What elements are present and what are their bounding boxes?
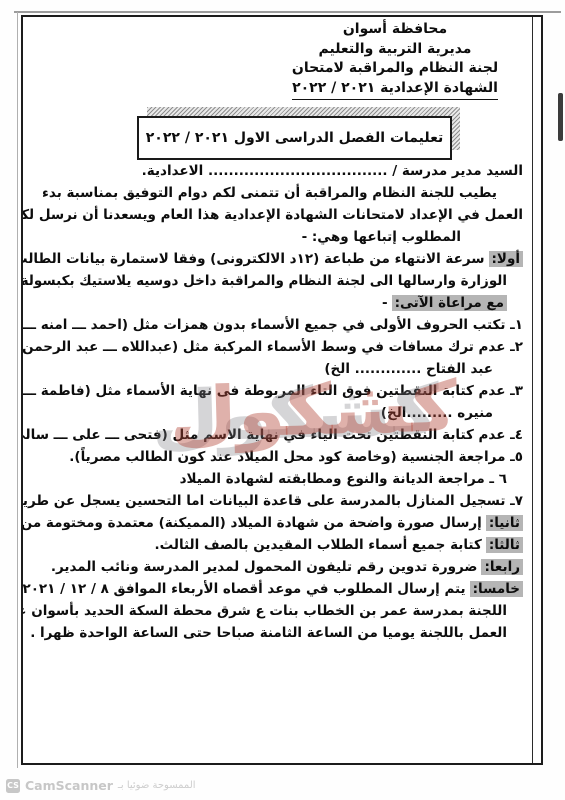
- letterhead-committee: لجنة النظام والمراقبة لامتحان: [275, 59, 515, 79]
- letterhead: محافظة أسوان مديرية التربية والتعليم لجن…: [275, 20, 515, 100]
- document-body: السيد مدير مدرسة / .....................…: [29, 160, 523, 644]
- section-third: ثالثا:كتابة جميع أسماء الطلاب المقيدين ب…: [29, 534, 523, 556]
- list-item-1: ١ـ تكتب الحروف الأولى في جميع الأسماء بد…: [29, 314, 523, 336]
- section-fourth-text: ضرورة تدوين رقم تليفون المحمول لمدير الم…: [51, 559, 478, 575]
- letterhead-governorate: محافظة أسوان: [275, 20, 515, 40]
- camscanner-icon: CS: [6, 779, 20, 793]
- section-fourth: رابعا:ضرورة تدوين رقم تليفون المحمول لمد…: [29, 556, 523, 578]
- section-fourth-label: رابعا:: [481, 559, 523, 575]
- list-item-5: ٥ـ مراجعة الجنسية (وخاصة كود محل الميلاد…: [29, 446, 523, 468]
- section-third-label: ثالثا:: [486, 537, 523, 553]
- camscanner-brand: CamScanner: [25, 778, 113, 793]
- letterhead-directorate: مديرية التربية والتعليم: [275, 40, 515, 60]
- section-fifth-line-3: العمل باللجنة يوميا من الساعة الثامنة صب…: [29, 622, 523, 644]
- section-second-text: إرسال صورة واضحة من شهادة الميلاد (الممي…: [21, 515, 482, 531]
- note-line: مع مراعاة الآتى:-: [29, 292, 523, 314]
- frame-inner-line: [532, 17, 534, 763]
- note-label: مع مراعاة الآتى:: [392, 295, 507, 311]
- list-item-2-cont: عبد الفتاح ............. الخ): [29, 358, 523, 380]
- document-frame: محافظة أسوان مديرية التربية والتعليم لجن…: [21, 15, 543, 765]
- section-first-label: أولا:: [489, 251, 523, 267]
- list-item-3: ٣ـ عدم كتابة النقطتين فوق التاء المربوطة…: [29, 380, 523, 402]
- salutation-line: السيد مدير مدرسة / .....................…: [29, 160, 523, 182]
- letterhead-certificate-year: الشهادة الإعدادية ٢٠٢١ / ٢٠٢٢: [275, 79, 515, 101]
- list-item-4: ٤ـ عدم كتابة النقطتين تحت الياء في نهاية…: [29, 424, 523, 446]
- section-first-line-2: الوزارة وارسالها الى لجنة النظام والمراق…: [29, 270, 523, 292]
- section-first-line-1: أولا:سرعة الانتهاء من طباعة (١٢د الالكتر…: [29, 248, 523, 270]
- intro-line-2: العمل في الإعداد لامتحانات الشهادة الإعد…: [29, 204, 523, 226]
- title-box-wrap: تعليمات الفصل الدراسى الاول ٢٠٢١ / ٢٠٢٢: [137, 116, 452, 160]
- section-fifth-line-2: اللجنة بمدرسة عمر بن الخطاب بنات ع شرق م…: [29, 600, 523, 622]
- camscanner-note: الممسوحة ضوئيا بـ: [118, 780, 196, 791]
- section-fifth-text-1: يتم إرسال المطلوب في موعد أقصاه الأربعاء…: [21, 581, 466, 597]
- scan-edge-top: [14, 11, 561, 13]
- section-second-label: ثانيا:: [486, 515, 523, 531]
- section-fifth-line-1: خامسا:يتم إرسال المطلوب في موعد أقصاه ال…: [29, 578, 523, 600]
- list-item-7: ٧ـ تسجيل المنازل بالمدرسة على قاعدة البي…: [29, 490, 523, 512]
- document-title: تعليمات الفصل الدراسى الاول ٢٠٢١ / ٢٠٢٢: [137, 116, 452, 160]
- scanned-page: محافظة أسوان مديرية التربية والتعليم لجن…: [0, 0, 565, 800]
- intro-line-3: المطلوب إتباعها وهي: -: [29, 226, 523, 248]
- list-item-3-cont: منيره .........الخ): [29, 402, 523, 424]
- camscanner-watermark: CS CamScanner الممسوحة ضوئيا بـ: [6, 778, 196, 793]
- section-first-text-1: سرعة الانتهاء من طباعة (١٢د الالكترونى) …: [21, 251, 485, 267]
- scan-edge-artifact: [558, 93, 563, 141]
- section-second: ثانيا:إرسال صورة واضحة من شهادة الميلاد …: [29, 512, 523, 534]
- section-third-text: كتابة جميع أسماء الطلاب المقيدين بالصف ا…: [154, 537, 481, 553]
- note-tail: -: [382, 295, 388, 311]
- list-item-2: ٢ـ عدم ترك مسافات في وسط الأسماء المركبة…: [29, 336, 523, 358]
- list-item-6: ٦ ـ مراجعة الديانة والنوع ومطابقته لشهاد…: [29, 468, 523, 490]
- section-fifth-label: خامسا:: [470, 581, 523, 597]
- scan-edge-left: [17, 12, 18, 768]
- intro-line-1: يطيب للجنة النظام والمراقبة أن تتمنى لكم…: [29, 182, 523, 204]
